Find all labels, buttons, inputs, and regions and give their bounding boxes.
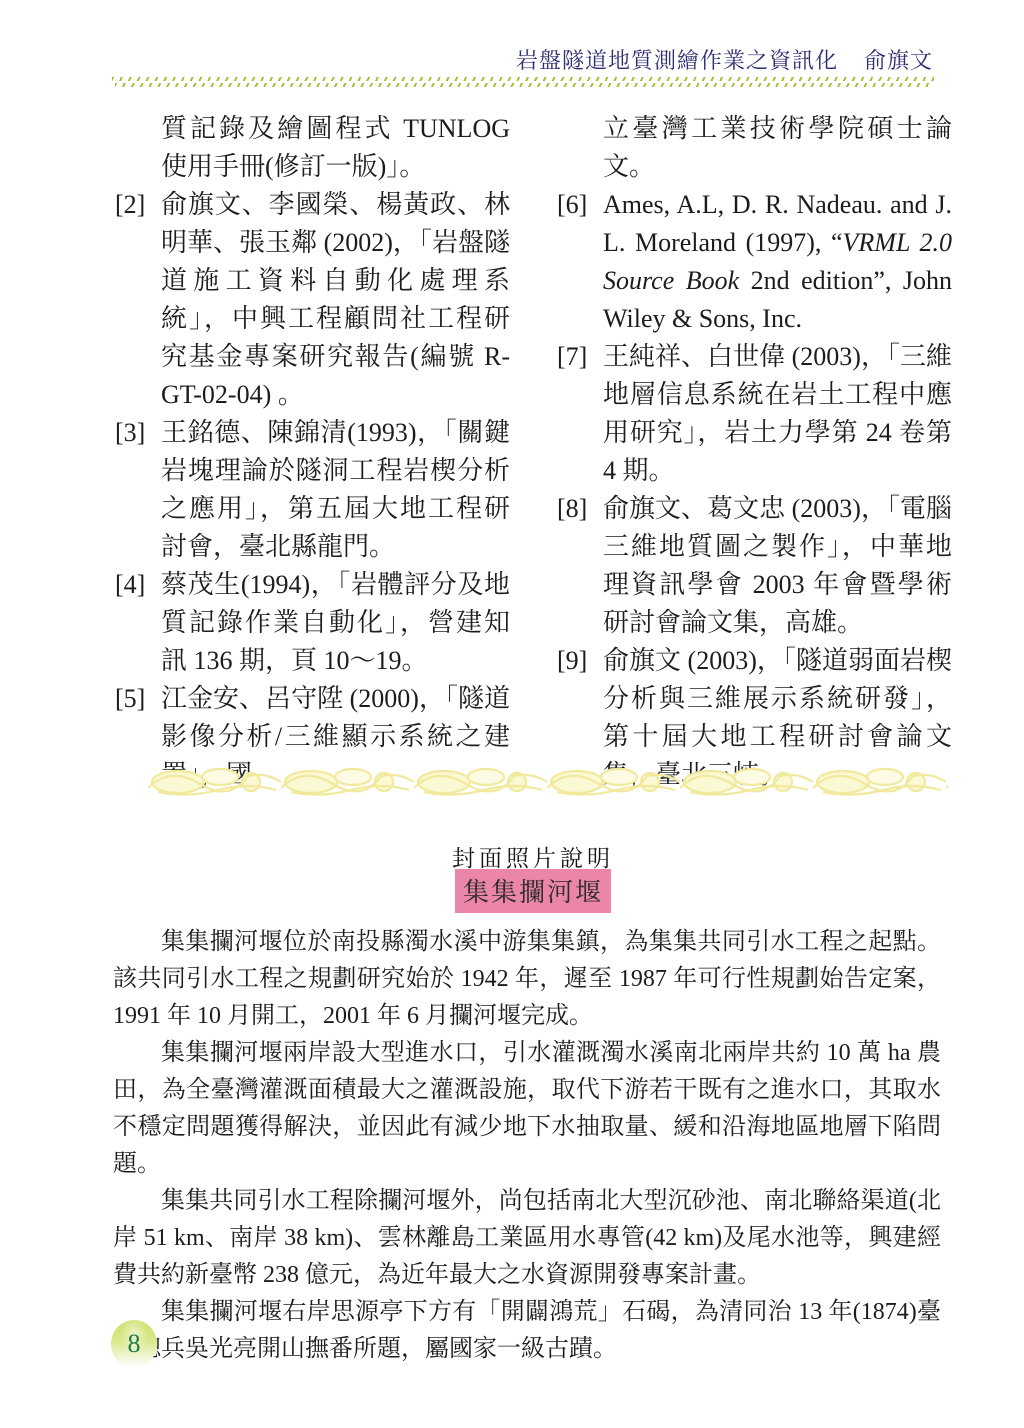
divider-ornament — [148, 758, 948, 804]
reference-label — [115, 110, 161, 186]
paragraph: 集集攔河堰位於南投縣濁水溪中游集集鎮，為集集共同引水工程之起點。該共同引水工程之… — [113, 924, 941, 1035]
reference-text: 王銘德、陳錦清(1993)，「關鍵岩塊理論於隧洞工程岩楔分析之應用」，第五屆大地… — [161, 414, 510, 566]
reference-label: [4] — [115, 566, 161, 680]
running-header: 岩盤隧道地質測繪作業之資訊化俞旗文 — [115, 44, 933, 75]
reference-label: [3] — [115, 414, 161, 566]
cover-title-highlighted: 集集攔河堰 — [455, 869, 611, 913]
references-section: 質記錄及繪圖程式 TUNLOG 使用手冊(修訂一版)」。 [2] 俞旗文、李國榮… — [115, 110, 953, 794]
reference-item: [7] 王純祥、白世偉 (2003)，「三維地層信息系統在岩土工程中應用研究」，… — [557, 338, 952, 490]
paragraph: 集集共同引水工程除攔河堰外，尚包括南北大型沉砂池、南北聯絡渠道(北岸 51 km… — [113, 1183, 941, 1294]
reference-label: [8] — [557, 490, 603, 642]
reference-text: 俞旗文、葛文忠 (2003)，「電腦三維地質圖之製作」，中華地理資訊學會 200… — [603, 490, 952, 642]
cover-note-body: 集集攔河堰位於南投縣濁水溪中游集集鎮，為集集共同引水工程之起點。該共同引水工程之… — [113, 924, 941, 1368]
reference-text: 俞旗文、李國榮、楊黃政、林明華、張玉鄰 (2002)，「岩盤隧道施工資料自動化處… — [161, 186, 510, 414]
references-right-column: 立臺灣工業技術學院碩士論文。 [6] Ames, A.L, D. R. Nade… — [557, 110, 952, 794]
reference-label — [557, 110, 603, 186]
reference-text: 立臺灣工業技術學院碩士論文。 — [603, 110, 952, 186]
reference-item: [3] 王銘德、陳錦清(1993)，「關鍵岩塊理論於隧洞工程岩楔分析之應用」，第… — [115, 414, 510, 566]
reference-text: 質記錄及繪圖程式 TUNLOG 使用手冊(修訂一版)」。 — [161, 110, 510, 186]
reference-label: [2] — [115, 186, 161, 414]
references-left-column: 質記錄及繪圖程式 TUNLOG 使用手冊(修訂一版)」。 [2] 俞旗文、李國榮… — [115, 110, 510, 794]
reference-item: [8] 俞旗文、葛文忠 (2003)，「電腦三維地質圖之製作」，中華地理資訊學會… — [557, 490, 952, 642]
header-dashed-rule — [112, 77, 934, 88]
page-number: 8 — [128, 1329, 141, 1359]
reference-item: [4] 蔡茂生(1994)，「岩體評分及地質記錄作業自動化」，營建知訊 136 … — [115, 566, 510, 680]
swirl-ornament-icon — [148, 758, 948, 804]
reference-item: 質記錄及繪圖程式 TUNLOG 使用手冊(修訂一版)」。 — [115, 110, 510, 186]
cover-title-row: 集集攔河堰 — [115, 869, 951, 913]
reference-item: [6] Ames, A.L, D. R. Nadeau. and J. L. M… — [557, 186, 952, 338]
reference-label: [7] — [557, 338, 603, 490]
page-number-badge: 8 — [111, 1320, 157, 1368]
paragraph: 集集攔河堰兩岸設大型進水口，引水灌溉濁水溪南北兩岸共約 10 萬 ha 農田，為… — [113, 1035, 941, 1183]
reference-item: 立臺灣工業技術學院碩士論文。 — [557, 110, 952, 186]
paragraph: 集集攔河堰右岸思源亭下方有「開闢鴻荒」石碣，為清同治 13 年(1874)臺灣總… — [113, 1294, 941, 1368]
document-page: 岩盤隧道地質測繪作業之資訊化俞旗文 質記錄及繪圖程式 TUNLOG 使用手冊(修… — [0, 0, 1024, 1428]
running-author: 俞旗文 — [864, 48, 933, 73]
reference-item: [2] 俞旗文、李國榮、楊黃政、林明華、張玉鄰 (2002)，「岩盤隧道施工資料… — [115, 186, 510, 414]
reference-text: 蔡茂生(1994)，「岩體評分及地質記錄作業自動化」，營建知訊 136 期，頁 … — [161, 566, 510, 680]
reference-text: Ames, A.L, D. R. Nadeau. and J. L. Morel… — [603, 186, 952, 338]
reference-label: [6] — [557, 186, 603, 338]
running-title: 岩盤隧道地質測繪作業之資訊化 — [516, 48, 838, 73]
reference-text: 王純祥、白世偉 (2003)，「三維地層信息系統在岩土工程中應用研究」，岩土力學… — [603, 338, 952, 490]
